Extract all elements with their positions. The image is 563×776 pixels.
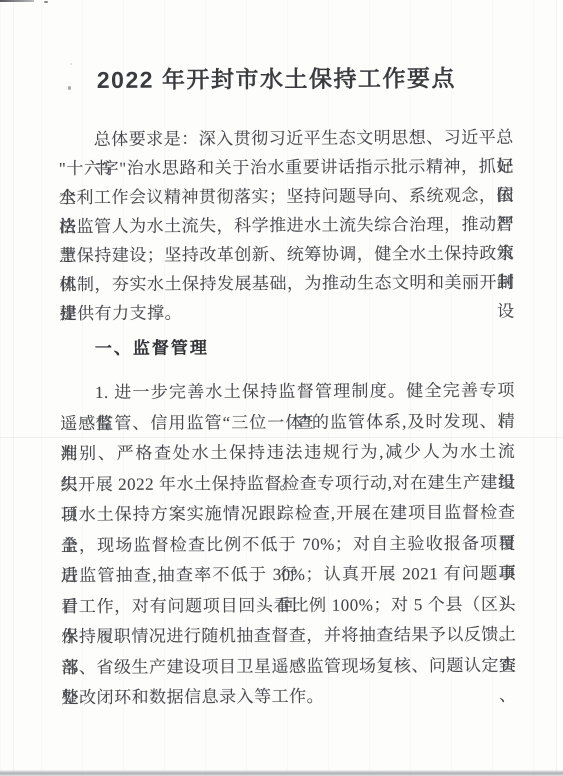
document-body: 总体要求是：深入贯彻习近平生态文明思想、习近平总书记 "十六字"治水思路和关于治…	[58, 0, 513, 1]
text-line: 土保持建设；坚持改革创新、统筹协调，健全水土保持政策体制	[59, 239, 514, 270]
scanned-document-page: 2022 年开封市水土保持工作要点 总体要求是：深入贯彻习近平生态文明思想、习近…	[0, 0, 563, 776]
document-title: 2022 年开封市水土保持工作要点	[0, 60, 554, 96]
text-line: 遥感监管、信用监管“三位一体”的监管体系,及时发现、精准	[60, 406, 515, 439]
section-heading-supervision: 一、监督管理	[60, 338, 550, 359]
text-line: 机制，夯实水土保持发展基础，为推动生态文明和美丽开封建设	[59, 268, 514, 299]
text-line: 部、省级生产建设项目卫星遥感监管现场复核、问题认定查处、	[61, 650, 516, 683]
text-line: 后监管抽查,抽查率不低于 30%；认真开展 2021 有问题项目回头	[61, 559, 516, 592]
text-line: 保持履职情况进行随机抽查督查，并将抽查结果予以反馈。落实	[61, 620, 516, 653]
text-line: 总体要求是：深入贯彻习近平生态文明思想、习近平总书记	[59, 123, 514, 154]
text-line: "十六字"治水思路和关于治水重要讲话指示批示精神，抓好全国	[59, 152, 514, 183]
text-line: 看工作，对有问题项目回头看比例 100%；对 5 个县（区）水土	[61, 589, 516, 622]
text-line: 水利工作会议精神贯彻落实；坚持问题导向、系统观念，依法严	[59, 181, 514, 212]
text-line: 盖，现场监督检查比例不低于 70%；对自主验收报备项目进行事	[61, 528, 516, 561]
text-line: 格监管人为水土流失，科学推进水土流失综合治理，推动智慧水	[59, 210, 514, 241]
text-line: 织开展 2022 年水土保持监督检查专项行动,对在建生产建设项	[60, 467, 515, 500]
document-content: 2022 年开封市水土保持工作要点 总体要求是：深入贯彻习近平生态文明思想、习近…	[0, 0, 563, 776]
text-line: 判别、严格查处水土保持违法违规行为,减少人为水土流失。组	[60, 437, 515, 470]
paragraph-overview: 总体要求是：深入贯彻习近平生态文明思想、习近平总书记 "十六字"治水思路和关于治…	[59, 123, 515, 328]
text-line: 1. 进一步完善水土保持监督管理制度。健全完善专项督查、	[60, 376, 515, 409]
paragraph-supervision: 1. 进一步完善水土保持监督管理制度。健全完善专项督查、 遥感监管、信用监管“三…	[60, 376, 517, 714]
text-line: 目水土保持方案实施情况跟踪检查,开展在建项目监督检查全覆	[61, 498, 516, 531]
